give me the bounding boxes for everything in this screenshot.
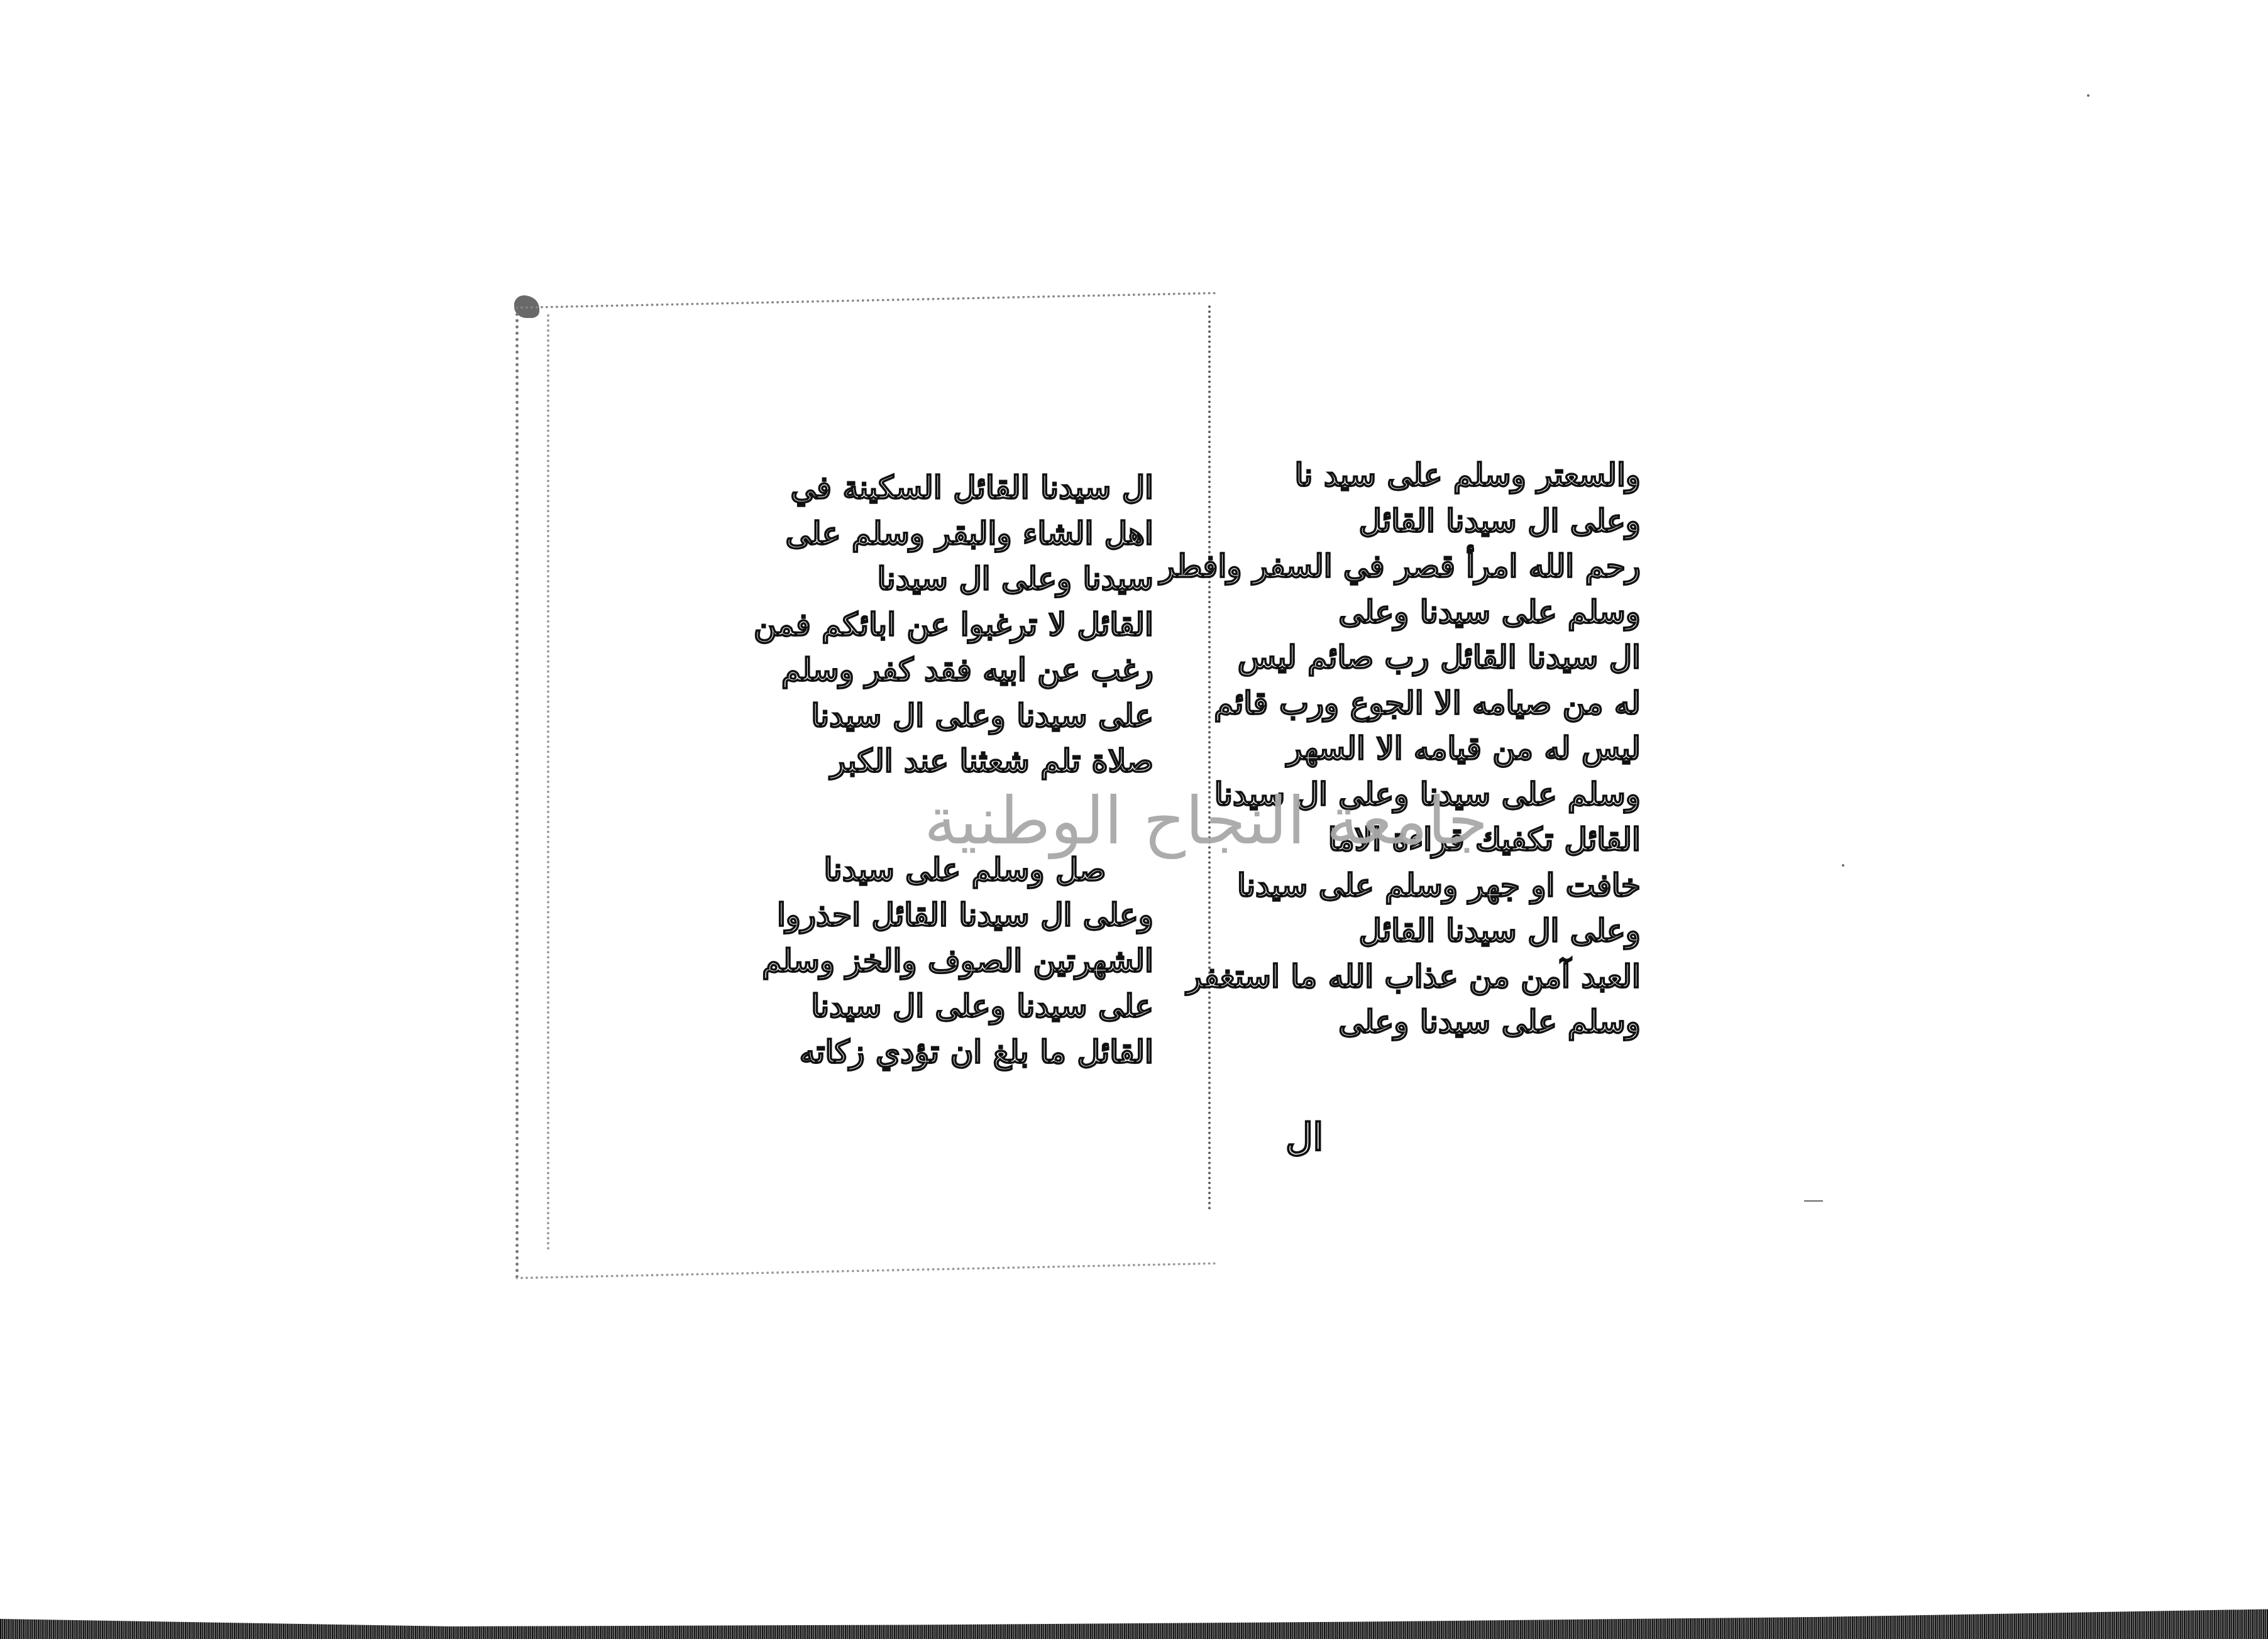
text-line: والسعتر وسلم على سيد نا (1263, 452, 1641, 498)
book-spine (1208, 305, 1214, 1210)
text-line: الشهرتين الصوف والخز وسلم (776, 938, 1153, 984)
text-line: على سيدنا وعلى ال سيدنا (776, 984, 1153, 1029)
text-line: له من صيامه الا الجوع ورب قائم (1263, 681, 1641, 726)
scan-speck (1842, 864, 1844, 867)
right-page-text: والسعتر وسلم على سيد نا وعلى ال سيدنا ال… (1263, 452, 1641, 1045)
text-line: ليس له من قيامه الا السهر (1263, 726, 1641, 772)
text-line: خافت او جهر وسلم على سيدنا (1263, 863, 1641, 909)
text-line: وعلى ال سيدنا القائل (1263, 908, 1641, 954)
text-line: القائل ما بلغ ان تؤدي زكاته (776, 1029, 1153, 1075)
text-line: صلاة تلم شعثنا عند الكبر (776, 738, 1153, 784)
catchword: ال (1285, 1116, 1323, 1159)
library-watermark: جامعة النجاح الوطنية (924, 782, 1488, 859)
text-line: ال سيدنا القائل رب صائم ليس (1263, 635, 1641, 681)
left-page-text: ال سيدنا القائل السكينة في اهل الشاء وال… (776, 465, 1153, 1075)
text-line: اهل الشاء والبقر وسلم على (776, 511, 1153, 557)
text-line: العبد آمن من عذاب الله ما استغفر (1263, 954, 1641, 1000)
text-line: القائل لا ترغبوا عن ابائكم فمن (776, 602, 1153, 648)
text-line: وسلم على سيدنا وعلى (1263, 589, 1641, 635)
text-line: على سيدنا وعلى ال سيدنا (776, 693, 1153, 739)
text-line: رحم الله امرأ قصر في السفر وافطر (1263, 544, 1641, 589)
scan-speck (1804, 1200, 1823, 1202)
text-line: ال سيدنا القائل السكينة في (776, 465, 1153, 511)
text-line: وعلى ال سيدنا القائل احذروا (776, 892, 1153, 938)
text-line: وعلى ال سيدنا القائل (1263, 498, 1641, 544)
left-page-inner-edge (547, 314, 553, 1251)
text-line: وسلم على سيدنا وعلى (1263, 999, 1641, 1045)
scan-speck (2087, 94, 2089, 97)
text-line: سيدنا وعلى ال سيدنا (776, 556, 1153, 602)
text-line: رغب عن ابيه فقد كفر وسلم (776, 647, 1153, 693)
